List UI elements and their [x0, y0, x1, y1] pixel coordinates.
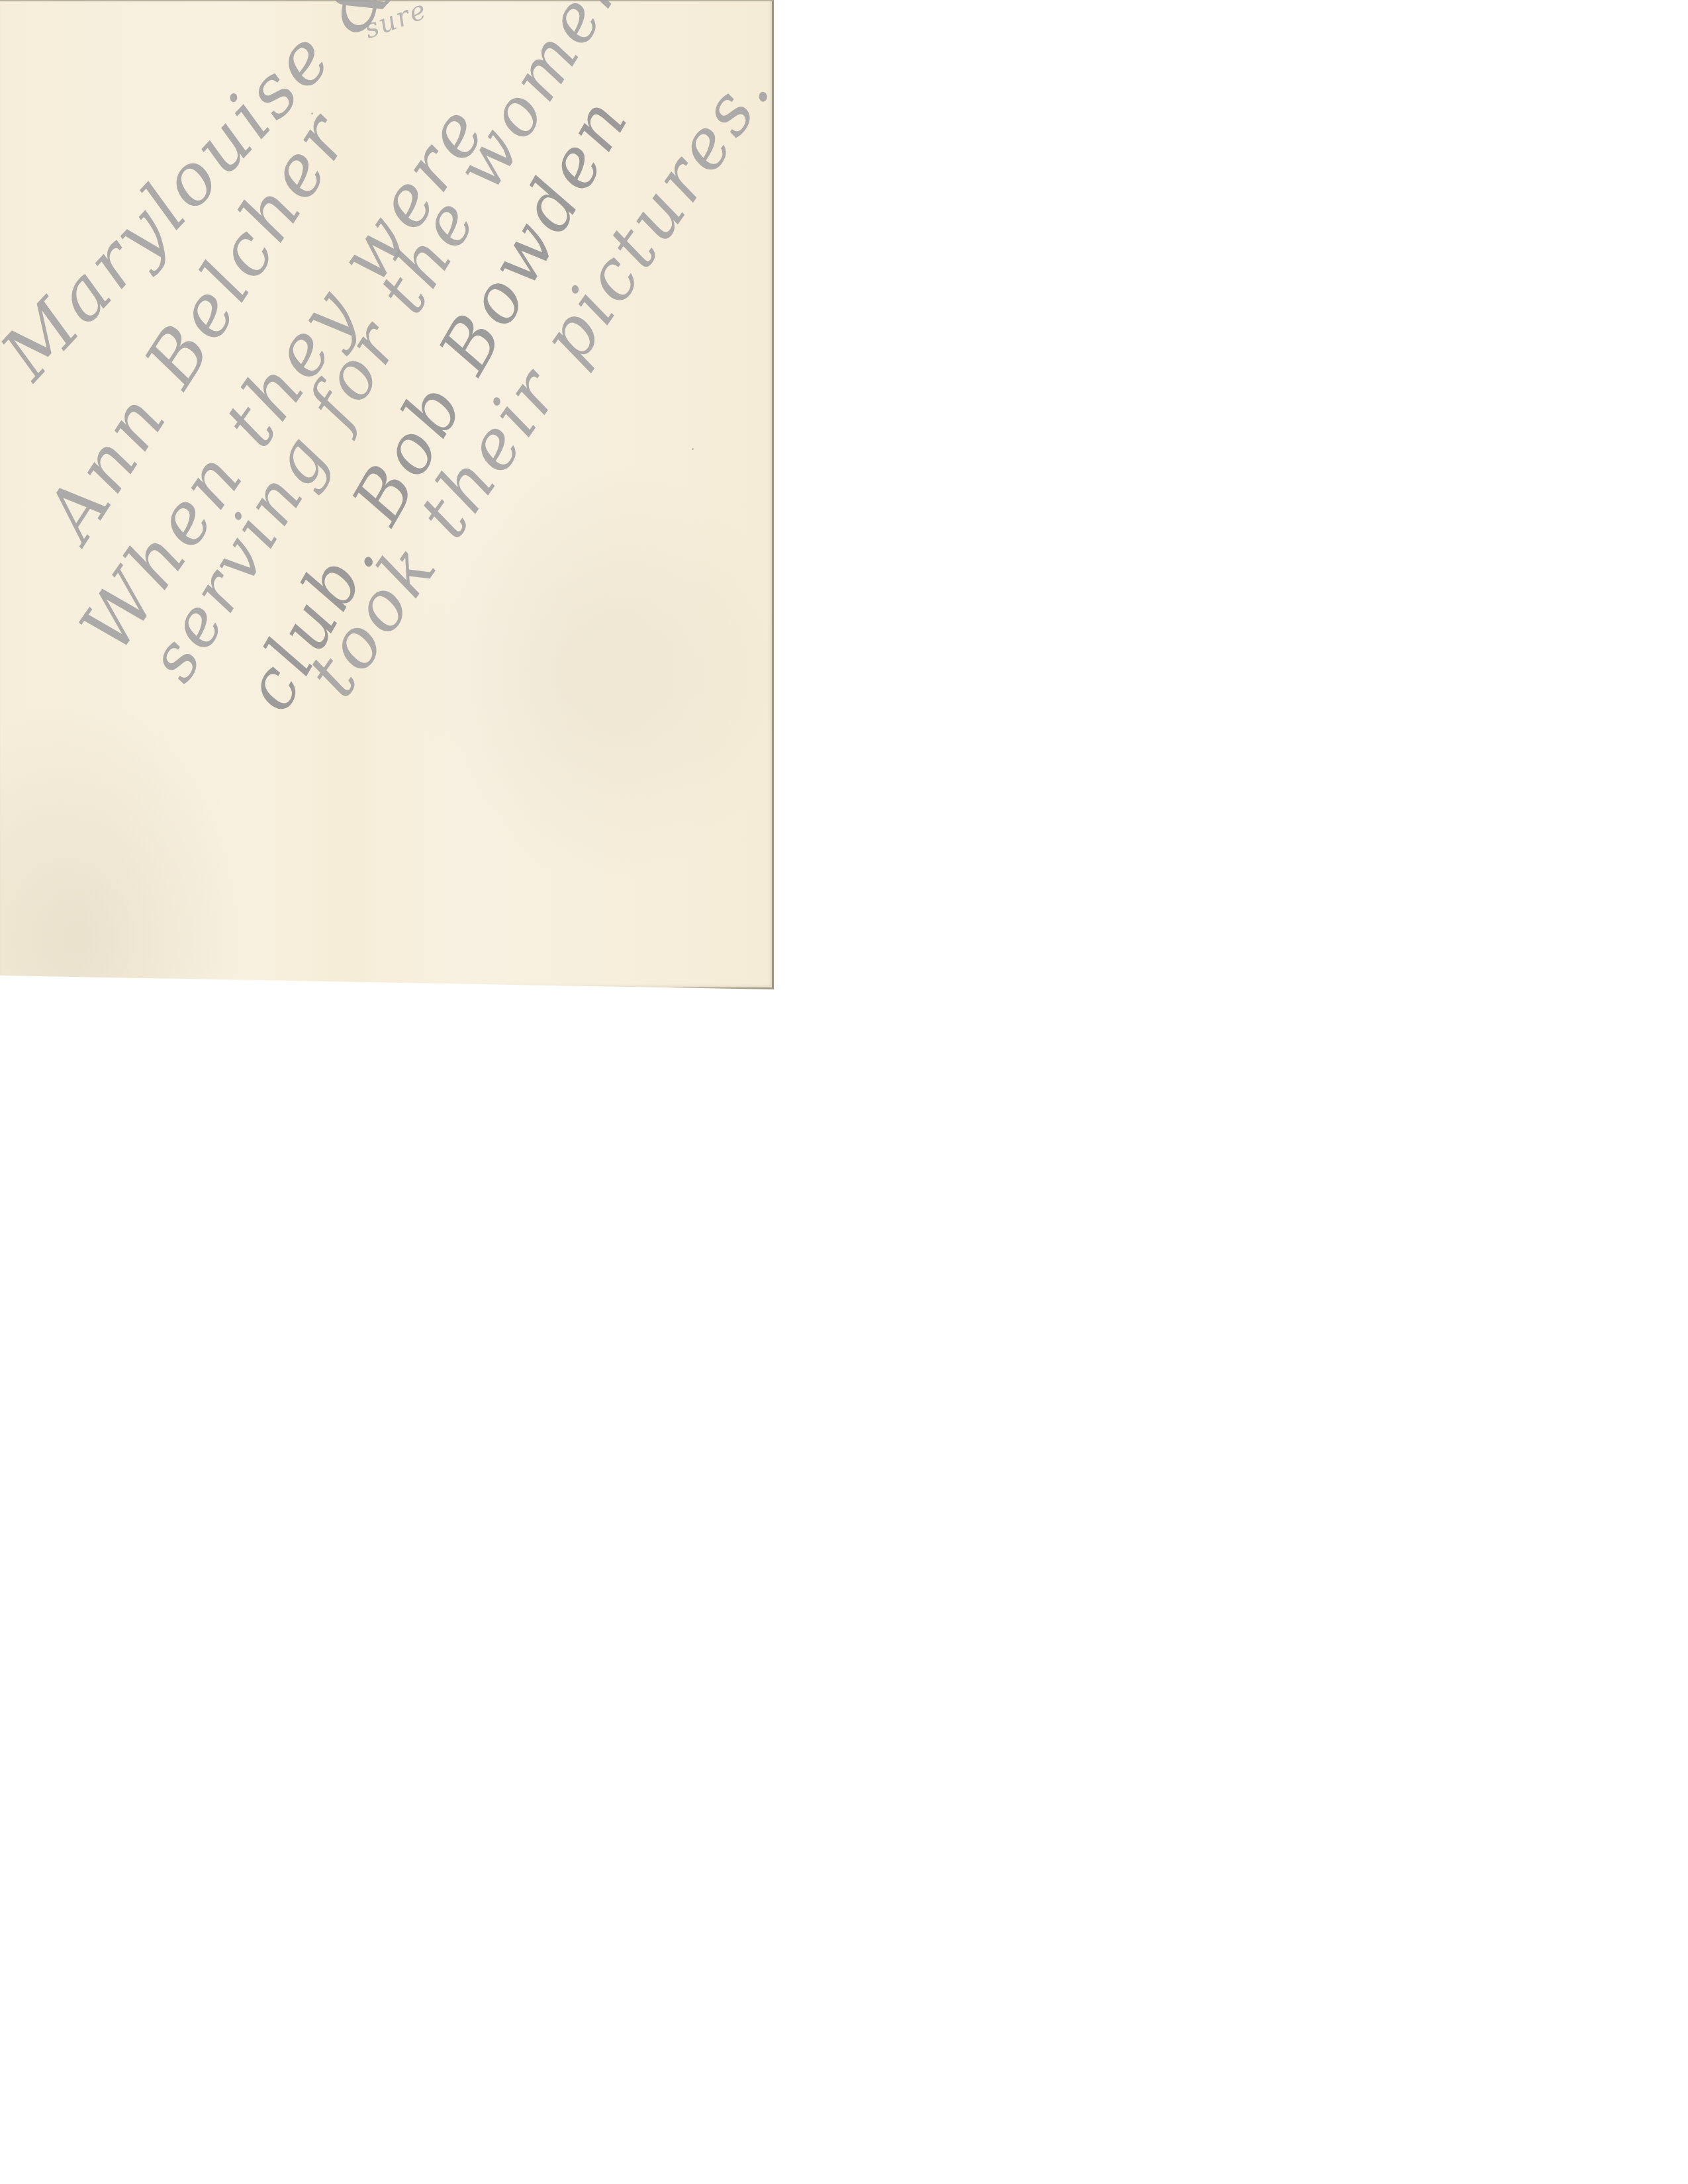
- paper-speck: [692, 448, 694, 450]
- photo-card-back: sure Marylouise & Judith Ann Belcher Whe…: [0, 0, 774, 989]
- scanned-page: sure Marylouise & Judith Ann Belcher Whe…: [0, 0, 1688, 2184]
